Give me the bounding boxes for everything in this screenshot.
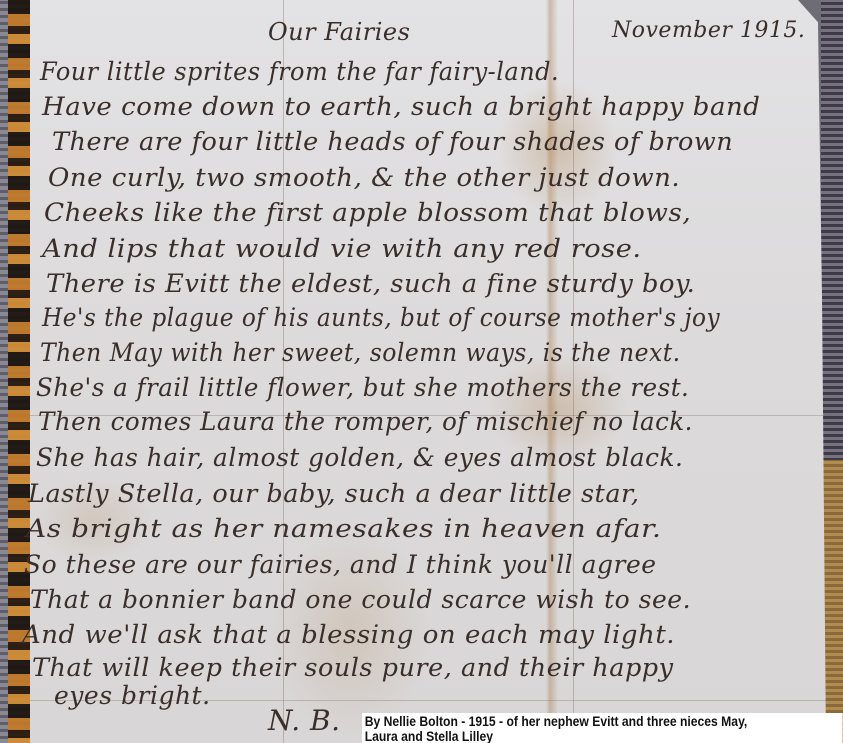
poem-line: That a bonnier band one could scarce wis… xyxy=(30,585,691,614)
poem-line: And we'll ask that a blessing on each ma… xyxy=(22,620,675,649)
poem-title: Our Fairies xyxy=(268,18,410,46)
poem-line: She has hair, almost golden, & eyes almo… xyxy=(36,443,683,472)
photo-caption: By Nellie Bolton - 1915 - of her nephew … xyxy=(362,713,843,743)
poem-line: One curly, two smooth, & the other just … xyxy=(48,163,680,192)
caption-line-2: Laura and Stella Lilley xyxy=(365,729,839,743)
poem-line: Cheeks like the first apple blossom that… xyxy=(44,198,691,227)
poem-line: eyes bright. xyxy=(54,681,211,710)
poem-line: So these are our fairies, and I think yo… xyxy=(24,550,657,579)
poem-line: Then comes Laura the romper, of mischief… xyxy=(38,407,693,436)
poem-line: Have come down to earth, such a bright h… xyxy=(42,92,760,121)
poem-line: And lips that would vie with any red ros… xyxy=(42,234,642,263)
poem-line: That will keep their souls pure, and the… xyxy=(32,653,674,682)
poem-line: As bright as her namesakes in heaven afa… xyxy=(26,514,661,543)
caption-line-1: By Nellie Bolton - 1915 - of her nephew … xyxy=(365,714,839,729)
poem-line: She's a frail little flower, but she mot… xyxy=(36,373,689,402)
poem-line: He's the plague of his aunts, but of cou… xyxy=(42,303,720,332)
poem-line: There is Evitt the eldest, such a fine s… xyxy=(46,269,695,298)
poem-line: Lastly Stella, our baby, such a dear lit… xyxy=(28,479,640,508)
poem-line: Then May with her sweet, solemn ways, is… xyxy=(40,338,681,367)
poem-line: Four little sprites from the far fairy-l… xyxy=(40,57,559,86)
poem-date: November 1915. xyxy=(612,18,805,43)
signature: N. B. xyxy=(268,704,341,737)
poem-line: There are four little heads of four shad… xyxy=(52,127,733,156)
